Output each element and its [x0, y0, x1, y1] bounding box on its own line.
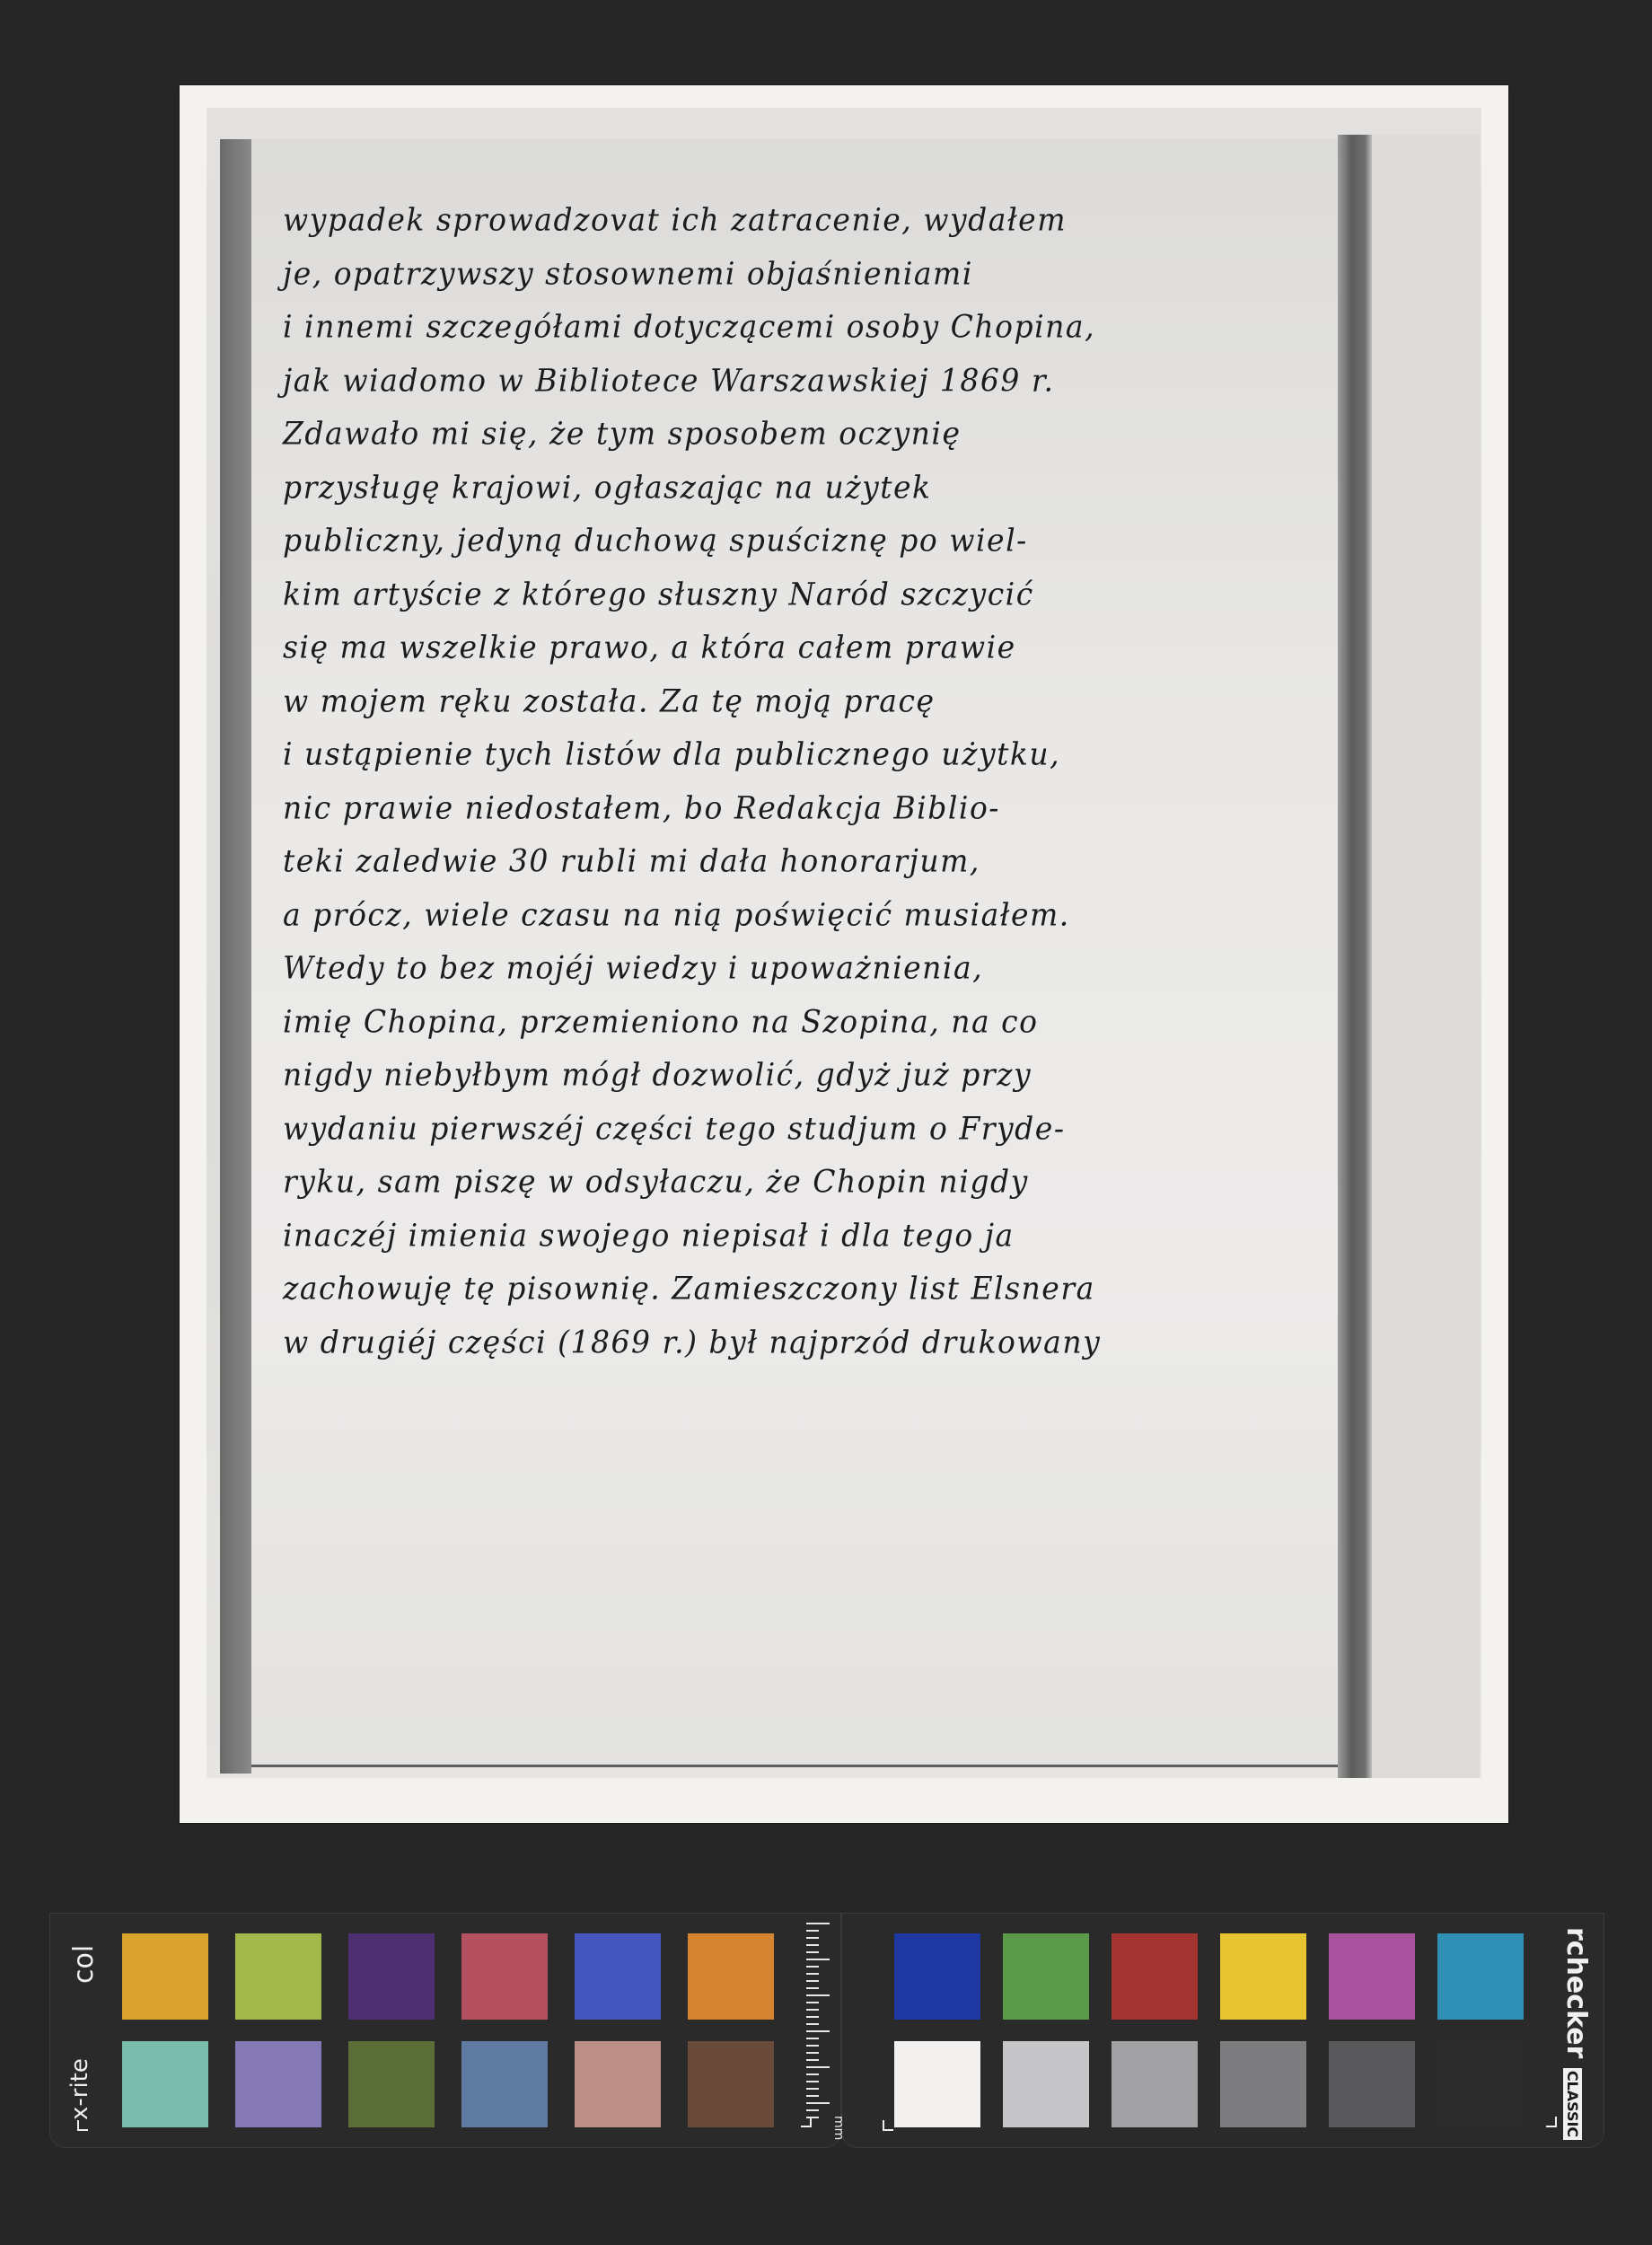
color-checker-left: col x-rite [49, 1913, 841, 2148]
text-line: a prócz, wiele czasu na nią poświęcić mu… [283, 886, 1342, 942]
text-line: wypadek sprowadzovat ich zatracenie, wyd… [283, 192, 1342, 248]
text-line: przysługę krajowi, ogłaszając na użytek [283, 459, 1342, 515]
text-line: wydaniu pierwszéj części tego studjum o … [283, 1100, 1342, 1156]
color-swatch [1003, 1933, 1089, 2020]
ruler-tick [806, 2109, 819, 2111]
ruler-tick [806, 2095, 819, 2097]
ruler-tick [806, 2045, 819, 2047]
manuscript-page: wypadek sprowadzovat ich zatracenie, wyd… [251, 139, 1338, 1767]
ruler-tick [806, 2081, 819, 2082]
photo-print: wypadek sprowadzovat ich zatracenie, wyd… [180, 85, 1508, 1823]
registration-corner [1546, 2117, 1557, 2127]
ruler-tick [806, 1944, 819, 1946]
registration-corner [77, 2120, 88, 2131]
registration-corner [883, 2120, 893, 2131]
ruler-tick [806, 2102, 830, 2104]
ruler-tick [806, 1937, 819, 1939]
xrite-logo-text: x-rite [66, 2058, 93, 2120]
text-line: Wtedy to bez mojéj wiedzy i upoważnienia… [283, 940, 1342, 996]
text-line: imię Chopina, przemieniono na Szopina, n… [283, 993, 1342, 1049]
ruler-tick [806, 2073, 819, 2075]
binding-gutter-shadow [1338, 135, 1372, 1778]
ruler-scale [806, 1923, 833, 2138]
text-line: nigdy niebyłbym mógł dozwolić, gdyż już … [283, 1047, 1342, 1103]
ruler-tick [806, 2052, 819, 2054]
color-swatch [348, 2041, 435, 2127]
color-swatch [688, 2041, 774, 2127]
ruler-tick [806, 1959, 830, 1960]
text-line: w drugiéj części (1869 r.) był najprzód … [283, 1314, 1342, 1369]
color-swatch [235, 2041, 321, 2127]
text-line: ryku, sam piszę w odsyłaczu, że Chopin n… [283, 1154, 1342, 1210]
ruler-tick [806, 1980, 819, 1982]
color-swatch [688, 1933, 774, 2020]
color-swatch [1112, 2041, 1198, 2127]
ruler-tick [806, 2117, 819, 2118]
text-line: teki zaledwie 30 rubli mi dała honorarju… [283, 833, 1342, 889]
ruler-tick [806, 2059, 819, 2061]
ruler-tick [806, 1966, 819, 1968]
color-checker-right: rchecker CLASSIC mm [841, 1913, 1604, 2148]
ruler-tick [806, 1951, 819, 1953]
color-swatch [122, 1933, 208, 2020]
ruler-tick [806, 2002, 819, 2003]
color-swatch [348, 1933, 435, 2020]
text-line: je, opatrzywszy stosownemi objaśnieniami [283, 245, 1342, 301]
color-swatch [1329, 1933, 1415, 2020]
color-swatch [1220, 2041, 1306, 2127]
ruler-tick [806, 2066, 830, 2068]
text-line: kim artyście z którego słuszny Naród szc… [283, 566, 1342, 621]
color-swatch [894, 1933, 980, 2020]
color-swatch [235, 1933, 321, 2020]
color-swatch [122, 2041, 208, 2127]
text-line: Zdawało mi się, że tym sposobem oczynię [283, 406, 1342, 462]
ruler-tick [806, 2009, 819, 2011]
color-swatch [1437, 1933, 1524, 2020]
color-swatch [894, 2041, 980, 2127]
ruler-tick [806, 1923, 830, 1924]
text-line: nic prawie niedostałem, bo Redakcja Bibl… [283, 779, 1342, 835]
color-swatch [461, 2041, 548, 2127]
text-line: jak wiadomo w Bibliotece Warszawskiej 18… [283, 352, 1342, 408]
color-swatch [461, 1933, 548, 2020]
card-label-col: col [68, 1945, 100, 1984]
ruler-tick [806, 2088, 819, 2090]
text-line: i ustąpienie tych listów dla publicznego… [283, 726, 1342, 782]
ruler-tick [806, 2038, 819, 2039]
ruler-tick [806, 1994, 830, 1996]
text-line: i innemi szczegółami dotyczącemi osoby C… [283, 299, 1342, 355]
text-line: inaczéj imienia swojego niepisał i dla t… [283, 1207, 1342, 1263]
handwritten-text: wypadek sprowadzovat ich zatracenie, wyd… [283, 193, 1342, 1369]
ruler-tick [806, 2023, 819, 2025]
ruler-tick [806, 2030, 830, 2032]
color-swatch [1003, 2041, 1089, 2127]
color-swatch [575, 2041, 661, 2127]
color-swatch [1329, 2041, 1415, 2127]
manuscript-photograph: wypadek sprowadzovat ich zatracenie, wyd… [206, 108, 1481, 1778]
color-swatch [1112, 1933, 1198, 2020]
page-left-edge-shadow [220, 139, 251, 1774]
ruler-unit-label: mm [831, 2116, 846, 2140]
facing-page-edge [1372, 135, 1480, 1778]
ruler-tick [806, 1987, 819, 1989]
colorchecker-label: rchecker [1560, 1927, 1592, 2058]
ruler-tick [806, 1973, 819, 1975]
text-line: publiczny, jedyną duchową spuściznę po w… [283, 513, 1342, 568]
text-line: się ma wszelkie prawo, a która całem pra… [283, 620, 1342, 675]
color-swatch [1437, 2041, 1524, 2127]
ruler-tick [806, 2016, 819, 2018]
text-line: zachowuję tę pisownię. Zamieszczony list… [283, 1261, 1342, 1316]
color-swatch [575, 1933, 661, 2020]
classic-badge: CLASSIC [1563, 2068, 1582, 2140]
text-line: w mojem ręku została. Za tę moją pracę [283, 673, 1342, 728]
color-swatch [1220, 1933, 1306, 2020]
ruler-tick [806, 1930, 819, 1932]
colorchecker-logo-text: rchecker CLASSIC [1560, 1927, 1592, 2140]
